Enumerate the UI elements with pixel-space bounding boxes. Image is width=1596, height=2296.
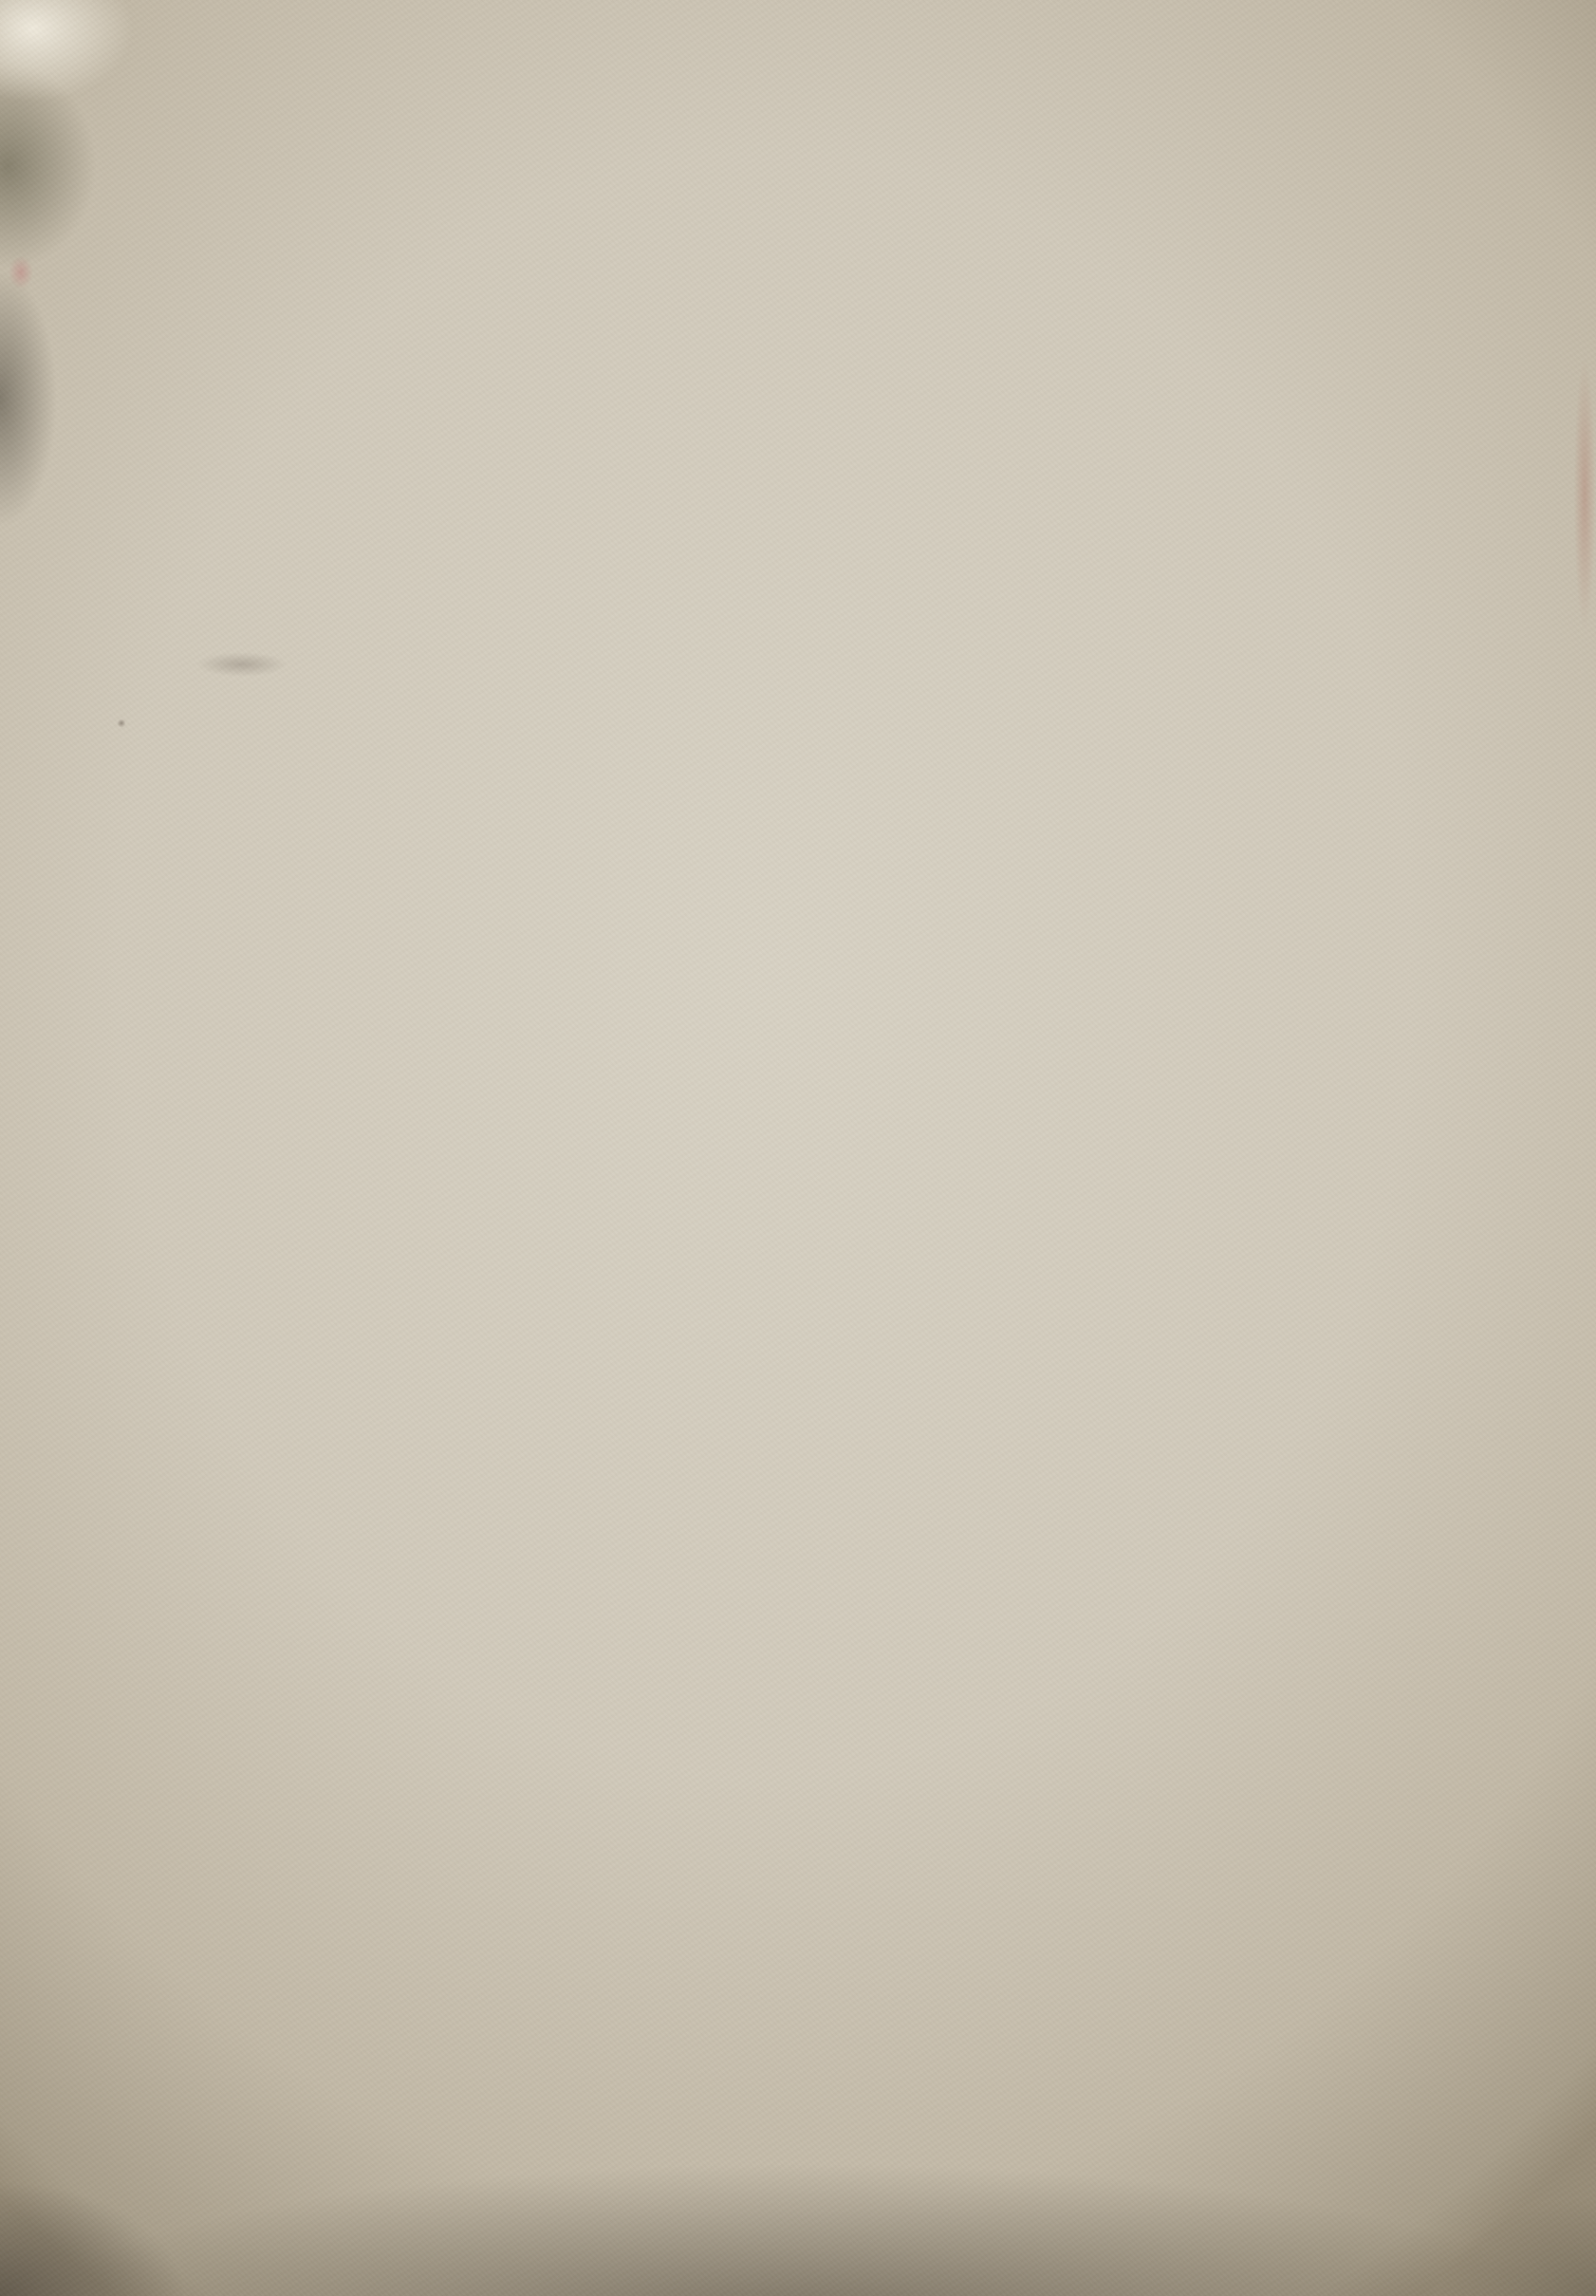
film-grain — [0, 0, 1596, 2296]
document-photo — [0, 0, 1596, 2296]
